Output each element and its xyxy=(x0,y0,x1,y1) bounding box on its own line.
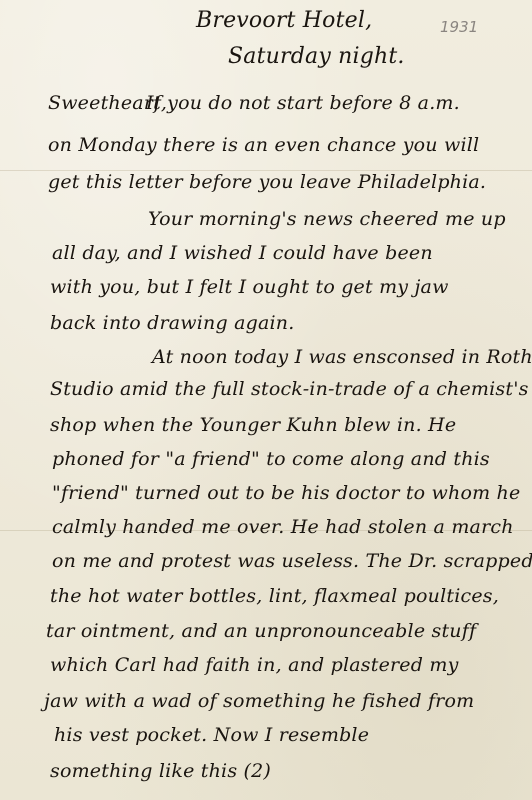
letter-line: get this letter before you leave Philade… xyxy=(48,171,486,193)
letter-line: tar ointment, and an unpronounceable stu… xyxy=(46,620,476,642)
letter-line: jaw with a wad of something he fished fr… xyxy=(44,690,474,712)
letter-line: something like this (2) xyxy=(50,760,271,782)
archive-date-annotation: 1931 xyxy=(440,18,478,36)
letter-line: his vest pocket. Now I resemble xyxy=(54,724,369,746)
letter-line: If you do not start before 8 a.m. xyxy=(146,92,460,114)
letter-line: the hot water bottles, lint, flaxmeal po… xyxy=(50,585,499,607)
letter-line: "friend" turned out to be his doctor to … xyxy=(52,482,520,504)
letter-line: Your morning's news cheered me up xyxy=(148,208,506,230)
letter-line: calmly handed me over. He had stolen a m… xyxy=(52,516,514,538)
letter-header-time: Saturday night. xyxy=(228,44,405,69)
letter-line: which Carl had faith in, and plastered m… xyxy=(50,654,459,676)
letter-page: Brevoort Hotel, Saturday night. 1931 Swe… xyxy=(0,0,532,800)
letter-line: all day, and I wished I could have been xyxy=(52,242,433,264)
letter-line: At noon today I was ensconsed in Rothy xyxy=(152,346,532,368)
letter-line: shop when the Younger Kuhn blew in. He xyxy=(50,414,456,436)
letter-line: on Monday there is an even chance you wi… xyxy=(48,134,479,156)
letter-line: back into drawing again. xyxy=(50,312,294,334)
letter-line: on me and protest was useless. The Dr. s… xyxy=(52,550,532,572)
letter-line: phoned for "a friend" to come along and … xyxy=(52,448,490,470)
letter-header-place: Brevoort Hotel, xyxy=(196,8,372,33)
letter-line: Studio amid the full stock-in-trade of a… xyxy=(50,378,529,400)
letter-line: with you, but I felt I ought to get my j… xyxy=(50,276,449,298)
